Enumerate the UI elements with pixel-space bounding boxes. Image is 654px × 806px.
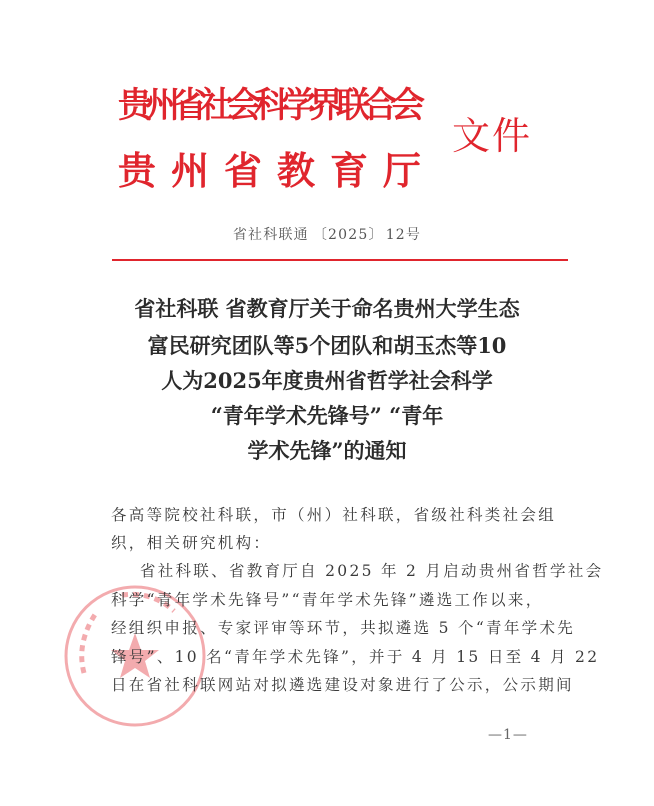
page-number: —1— [488,727,528,743]
notice-title-line-1: 省社科联 省教育厅关于命名贵州大学生态 [0,294,654,324]
notice-title-line-5: 学术先锋”的通知 [0,436,654,466]
document-number: 省社科联通〔2025〕12号 [0,224,654,244]
body-line-5: 经组织申报、专家评审等环节，共拟遴选 5 个“青年学术先 [111,615,575,641]
org-name-social-sciences-federation: 贵州省社会科学界联合会 [118,84,417,128]
org-name-education-department: 贵州省教育厅 [118,148,436,194]
body-line-3: 省社科联、省教育厅自 2025 年 2 月启动贵州省哲学社会 [111,558,603,584]
notice-title-line-4: “青年学术先锋号” “青年 [0,401,654,431]
body-line-4: 科学“青年学术先锋号”“青年学术先锋”遴选工作以来， [111,587,544,613]
document-label: 文件 [452,113,532,159]
body-line-1: 各高等院校社科联，市（州）社科联，省级社科类社会组 [111,502,556,528]
body-line-2: 织，相关研究机构： [111,530,271,556]
body-line-6: 锋号”、10 名“青年学术先锋”，并于 4 月 15 日至 4 月 22 [111,644,599,670]
red-divider-line [112,259,568,261]
body-line-7: 日在省社科联网站对拟遴选建设对象进行了公示，公示期间 [111,672,574,698]
doc-number-prefix: 省社科联通 [233,227,309,243]
notice-title-line-3: 人为2025年度贵州省哲学社会科学 [0,366,654,396]
doc-number-year: 〔2025〕 [309,227,384,243]
notice-title-line-2: 富民研究团队等5个团队和胡玉杰等10 [0,331,654,361]
doc-number-serial: 12号 [384,227,421,243]
